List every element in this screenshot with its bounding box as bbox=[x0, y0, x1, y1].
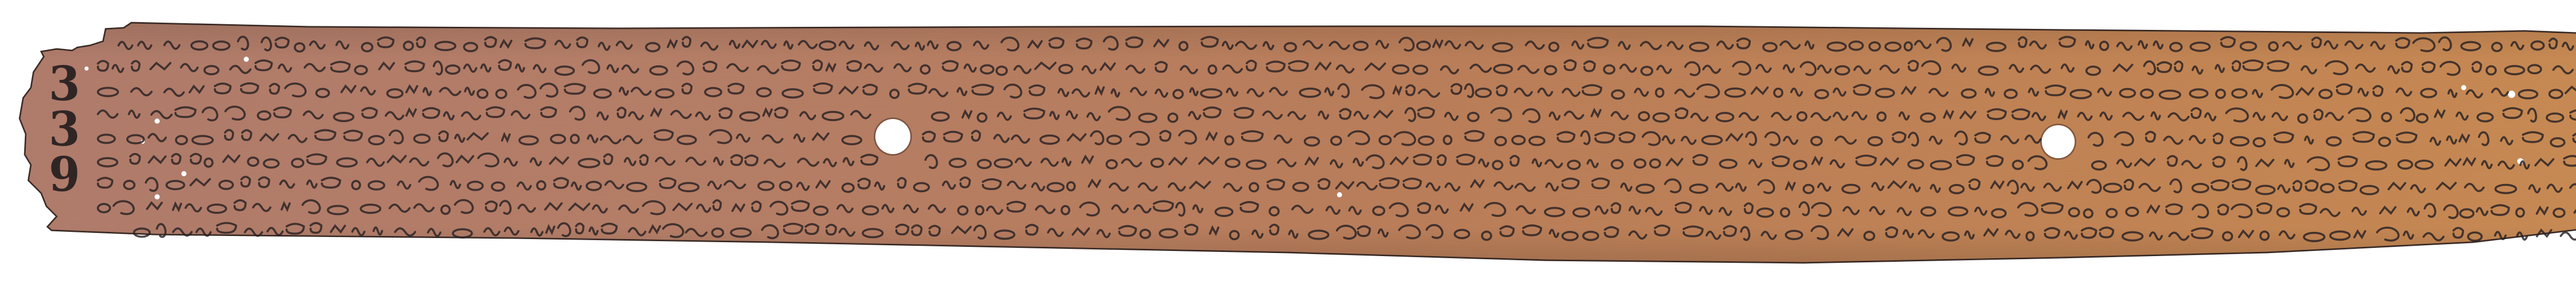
margin-digit: 3 bbox=[49, 61, 80, 106]
margin-digit: 9 bbox=[49, 152, 80, 197]
margin-digit: 3 bbox=[49, 106, 80, 152]
palm-leaf-manuscript: 3 3 9 bbox=[0, 0, 2576, 286]
string-hole-right bbox=[2040, 124, 2076, 160]
string-hole-left bbox=[874, 117, 912, 156]
margin-leaf-number: 3 3 9 bbox=[49, 61, 80, 197]
leaf-shape bbox=[0, 0, 2576, 286]
